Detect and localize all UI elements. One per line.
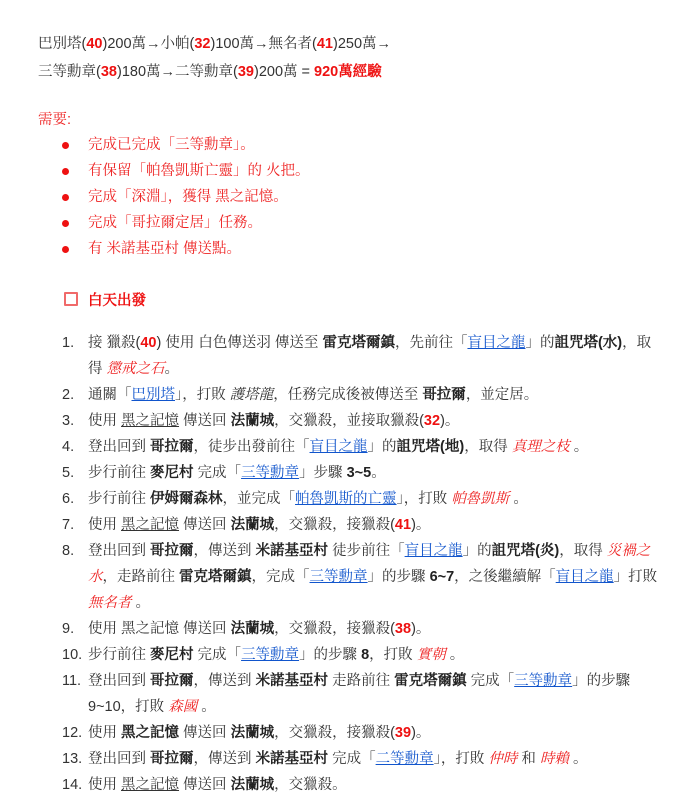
step-item: 1.接 獵殺(40) 使用 白色傳送羽 傳送至 雷克塔爾鎮，先前往「盲目之龍」的…: [62, 330, 662, 382]
step-item: 10.步行前往 麥尼村 完成「三等勳章」的步驟 8，打敗 實朝 。: [62, 642, 662, 668]
step-number: 4.: [62, 434, 74, 460]
text-fragment: 」的: [463, 543, 492, 559]
bold-term: 哥拉爾: [422, 387, 466, 403]
text-fragment: ，交獵殺，接獵殺(: [274, 517, 395, 533]
step-number: 5.: [62, 460, 74, 486]
text-fragment: 通關「: [88, 387, 132, 403]
bold-term: 法蘭城: [231, 413, 275, 429]
wiki-link[interactable]: 巴別塔: [132, 387, 176, 403]
wiki-link[interactable]: 三等勳章: [241, 647, 299, 663]
bold-term: 雷克塔爾鎮: [179, 569, 252, 585]
text-fragment: 。: [509, 491, 528, 507]
bullet-icon: [62, 142, 69, 149]
underlined-term: 黑之記憶: [121, 777, 179, 793]
text-fragment: 使用 黑之記憶 傳送回: [88, 621, 231, 637]
step-item: 4.登出回到 哥拉爾，徒步出發前往「盲目之龍」的詛咒塔(地)，取得 真理之枝 。: [62, 434, 662, 460]
bold-term: 麥尼村: [150, 465, 194, 481]
text-fragment: 接 獵殺(: [88, 335, 140, 351]
text-fragment: ，交獵殺，並接取獵殺(: [274, 413, 424, 429]
section-header: 白天出發: [64, 286, 691, 312]
step-number: 9.: [62, 616, 74, 642]
text-fragment: 步行前往: [88, 647, 150, 663]
text-fragment: 步行前往: [88, 465, 150, 481]
bold-term: 哥拉爾: [150, 439, 194, 455]
text-fragment: 」，打敗: [175, 387, 230, 403]
step-text: 登出回到 哥拉爾，傳送到 米諾基亞村 徒步前往「盲目之龍」的詛咒塔(炎)，取得 …: [88, 543, 657, 611]
underlined-term: 黑之記憶: [121, 413, 179, 429]
level-number: 41: [395, 517, 411, 533]
level-number: 40: [140, 335, 156, 351]
text-fragment: 完成「: [467, 673, 515, 689]
step-text: 步行前往 麥尼村 完成「三等勳章」步驟 3~5。: [88, 465, 386, 481]
text-fragment: ，取得: [464, 439, 512, 455]
text-fragment: ) 使用 白色傳送羽 傳送至: [157, 335, 323, 351]
level-number: 40: [86, 36, 102, 52]
wiki-link[interactable]: 盲目之龍: [556, 569, 614, 585]
step-text: 步行前往 伊姆爾森林，並完成「帕魯凱斯的亡靈」，打敗 帕魯凱斯 。: [88, 491, 528, 507]
text-fragment: 。: [371, 465, 386, 481]
text-fragment: )250萬→: [333, 36, 391, 52]
underlined-term: 黑之記憶: [121, 517, 179, 533]
text-fragment: 。: [570, 439, 589, 455]
section-title: 白天出發: [88, 289, 146, 310]
text-fragment: )。: [411, 517, 430, 533]
level-number: 39: [395, 725, 411, 741]
bold-term: 法蘭城: [231, 777, 275, 793]
step-item: 3.使用 黑之記憶 傳送回 法蘭城，交獵殺，並接取獵殺(32)。: [62, 408, 662, 434]
item-name: 懲戒之石: [107, 361, 165, 377]
bold-term: 雷克塔爾鎮: [394, 673, 467, 689]
bold-term: 哥拉爾: [150, 543, 194, 559]
text-fragment: ，取得: [559, 543, 607, 559]
text-fragment: ，之後繼續解「: [454, 569, 556, 585]
bold-term: 6~7: [430, 569, 455, 585]
text-fragment: 完成「: [194, 647, 242, 663]
bullet-icon: [62, 220, 69, 227]
text-fragment: ，完成「: [252, 569, 310, 585]
requirement-item: 有 米諾基亞村 傳送點。: [62, 236, 691, 262]
step-text: 使用 黑之記憶 傳送回 法蘭城，交獵殺，接獵殺(39)。: [88, 725, 430, 741]
bold-term: 詛咒塔(炎): [492, 543, 560, 559]
bold-term: 詛咒塔(地): [397, 439, 465, 455]
step-text: 使用 黑之記憶 傳送回 法蘭城，交獵殺。: [88, 777, 347, 793]
text-fragment: 三等勳章(: [38, 64, 101, 80]
item-name: 森國: [168, 699, 197, 715]
text-fragment: )。: [440, 413, 459, 429]
step-text: 登出回到 哥拉爾，傳送到 米諾基亞村 走路前往 雷克塔爾鎮 完成「三等勳章」的步…: [88, 673, 630, 715]
bold-term: 米諾基亞村: [256, 751, 329, 767]
step-number: 14.: [62, 772, 82, 798]
step-item: 7.使用 黑之記憶 傳送回 法蘭城，交獵殺，接獵殺(41)。: [62, 512, 662, 538]
item-name: 無名者: [88, 595, 132, 611]
step-text: 登出回到 哥拉爾，傳送到 米諾基亞村 完成「二等勳章」，打敗 仲時 和 時賴 。: [88, 751, 587, 767]
text-fragment: 傳送回: [179, 777, 231, 793]
step-number: 1.: [62, 330, 74, 356]
text-fragment: 」，打敗: [434, 751, 489, 767]
text-fragment: 使用: [88, 517, 121, 533]
wiki-link[interactable]: 盲目之龍: [310, 439, 368, 455]
text-fragment: 徒步前往「: [328, 543, 405, 559]
text-fragment: 。: [446, 647, 465, 663]
bold-term: 哥拉爾: [150, 673, 194, 689]
item-name: 實朝: [417, 647, 446, 663]
text-fragment: 」的: [368, 439, 397, 455]
requirement-item: 完成「深淵」，獲得 黑之記憶。: [62, 184, 691, 210]
step-item: 12.使用 黑之記憶 傳送回 法蘭城，交獵殺，接獵殺(39)。: [62, 720, 662, 746]
requirement-item: 完成「哥拉爾定居」任務。: [62, 210, 691, 236]
requirement-item: 完成已完成「三等勳章」。: [62, 132, 691, 158]
wiki-link[interactable]: 盲目之龍: [405, 543, 463, 559]
checkbox-icon[interactable]: [64, 292, 78, 306]
level-number: 32: [194, 36, 210, 52]
step-text: 登出回到 哥拉爾，徒步出發前往「盲目之龍」的詛咒塔(地)，取得 真理之枝 。: [88, 439, 588, 455]
text-fragment: ，打敗: [369, 647, 417, 663]
step-number: 8.: [62, 538, 74, 564]
text-fragment: ，並定居。: [466, 387, 539, 403]
text-fragment: )200萬 =: [254, 64, 314, 80]
boss-name: 護塔龍: [230, 387, 274, 403]
bold-term: 伊姆爾森林: [150, 491, 223, 507]
text-fragment: )180萬→二等勳章(: [117, 64, 238, 80]
step-number: 6.: [62, 486, 74, 512]
bold-term: 米諾基亞村: [256, 543, 329, 559]
text-fragment: ，徒步出發前往「: [194, 439, 310, 455]
step-text: 步行前往 麥尼村 完成「三等勳章」的步驟 8，打敗 實朝 。: [88, 647, 464, 663]
text-fragment: 使用: [88, 777, 121, 793]
step-number: 11.: [62, 668, 81, 694]
text-fragment: )。: [411, 725, 430, 741]
text-fragment: 傳送回: [179, 413, 231, 429]
wiki-link[interactable]: 帕魯凱斯的亡靈: [295, 491, 397, 507]
text-fragment: ，交獵殺，接獵殺(: [274, 621, 395, 637]
text-fragment: 。: [132, 595, 151, 611]
bold-term: 法蘭城: [231, 517, 275, 533]
bullet-icon: [62, 246, 69, 253]
step-text: 使用 黑之記憶 傳送回 法蘭城，交獵殺，接獵殺(41)。: [88, 517, 430, 533]
level-number: 41: [317, 36, 333, 52]
bold-term: 哥拉爾: [150, 751, 194, 767]
text-fragment: 登出回到: [88, 751, 150, 767]
text-fragment: 」，打敗: [397, 491, 452, 507]
bold-term: 法蘭城: [231, 621, 275, 637]
bold-term: 法蘭城: [231, 725, 275, 741]
exp-summary: 巴別塔(40)200萬→小帕(32)100萬→無名者(41)250萬→ 三等勳章…: [38, 30, 691, 86]
item-name: 仲時: [488, 751, 517, 767]
summary-line-1: 巴別塔(40)200萬→小帕(32)100萬→無名者(41)250萬→: [38, 30, 691, 58]
step-number: 7.: [62, 512, 74, 538]
requirements-title: 需要:: [38, 108, 691, 132]
item-name: 真理之枝: [512, 439, 570, 455]
step-text: 通關「巴別塔」，打敗 護塔龍，任務完成後被傳送至 哥拉爾，並定居。: [88, 387, 538, 403]
wiki-link[interactable]: 三等勳章: [241, 465, 299, 481]
text-fragment: 登出回到: [88, 673, 150, 689]
total-exp: 920萬經驗: [314, 64, 382, 80]
text-fragment: ，走路前往: [103, 569, 180, 585]
step-text: 使用 黑之記憶 傳送回 法蘭城，交獵殺，接獵殺(38)。: [88, 621, 430, 637]
step-item: 13.登出回到 哥拉爾，傳送到 米諾基亞村 完成「二等勳章」，打敗 仲時 和 時…: [62, 746, 662, 772]
text-fragment: 。: [197, 699, 216, 715]
text-fragment: 」的步驟: [299, 647, 361, 663]
text-fragment: 步行前往: [88, 491, 150, 507]
bold-term: 雷克塔爾鎮: [322, 335, 395, 351]
bold-term: 詛咒塔(水): [554, 335, 622, 351]
text-fragment: ，先前往「: [395, 335, 468, 351]
text-fragment: 登出回到: [88, 439, 150, 455]
text-fragment: 使用: [88, 725, 121, 741]
text-fragment: ，傳送到: [194, 543, 256, 559]
wiki-link[interactable]: 二等勳章: [376, 751, 434, 767]
text-fragment: 完成「: [328, 751, 376, 767]
step-item: 8.登出回到 哥拉爾，傳送到 米諾基亞村 徒步前往「盲目之龍」的詛咒塔(炎)，取…: [62, 538, 662, 616]
wiki-link[interactable]: 盲目之龍: [467, 335, 525, 351]
bullet-icon: [62, 168, 69, 175]
level-number: 32: [424, 413, 440, 429]
item-name: 時賴: [540, 751, 569, 767]
text-fragment: ，交獵殺，接獵殺(: [274, 725, 395, 741]
level-number: 38: [101, 64, 117, 80]
bold-term: 3~5: [347, 465, 372, 481]
text-fragment: 。: [165, 361, 180, 377]
text-fragment: ，傳送到: [194, 673, 256, 689]
text-fragment: 傳送回: [179, 517, 231, 533]
wiki-link[interactable]: 三等勳章: [514, 673, 572, 689]
steps-list: 1.接 獵殺(40) 使用 白色傳送羽 傳送至 雷克塔爾鎮，先前往「盲目之龍」的…: [38, 330, 662, 798]
bullet-icon: [62, 194, 69, 201]
wiki-link[interactable]: 三等勳章: [310, 569, 368, 585]
step-item: 14.使用 黑之記憶 傳送回 法蘭城，交獵殺。: [62, 772, 662, 798]
step-number: 3.: [62, 408, 74, 434]
text-fragment: 。: [569, 751, 588, 767]
requirements-list: 完成已完成「三等勳章」。 有保留「帕魯凱斯亡靈」的 火把。 完成「深淵」，獲得 …: [38, 132, 691, 262]
text-fragment: ，交獵殺。: [274, 777, 347, 793]
document-page: 巴別塔(40)200萬→小帕(32)100萬→無名者(41)250萬→ 三等勳章…: [0, 0, 691, 798]
item-name: 帕魯凱斯: [451, 491, 509, 507]
step-item: 5.步行前往 麥尼村 完成「三等勳章」步驟 3~5。: [62, 460, 662, 486]
text-fragment: )100萬→無名者(: [210, 36, 316, 52]
text-fragment: 和: [517, 751, 540, 767]
level-number: 39: [238, 64, 254, 80]
text-fragment: 」打敗: [614, 569, 658, 585]
text-fragment: 登出回到: [88, 543, 150, 559]
text-fragment: )。: [411, 621, 430, 637]
step-item: 2.通關「巴別塔」，打敗 護塔龍，任務完成後被傳送至 哥拉爾，並定居。: [62, 382, 662, 408]
bold-term: 麥尼村: [150, 647, 194, 663]
step-text: 接 獵殺(40) 使用 白色傳送羽 傳送至 雷克塔爾鎮，先前往「盲目之龍」的詛咒…: [88, 335, 651, 377]
bold-term: 8: [361, 647, 369, 663]
step-item: 6.步行前往 伊姆爾森林，並完成「帕魯凱斯的亡靈」，打敗 帕魯凱斯 。: [62, 486, 662, 512]
text-fragment: ，傳送到: [194, 751, 256, 767]
text-fragment: 使用: [88, 413, 121, 429]
step-text: 使用 黑之記憶 傳送回 法蘭城，交獵殺，並接取獵殺(32)。: [88, 413, 459, 429]
text-fragment: 完成「: [194, 465, 242, 481]
step-number: 2.: [62, 382, 74, 408]
text-fragment: ，任務完成後被傳送至: [273, 387, 422, 403]
step-number: 12.: [62, 720, 82, 746]
text-fragment: 」的步驟: [368, 569, 430, 585]
summary-line-2: 三等勳章(38)180萬→二等勳章(39)200萬 = 920萬經驗: [38, 58, 691, 86]
step-number: 13.: [62, 746, 82, 772]
text-fragment: ，並完成「: [223, 491, 296, 507]
text-fragment: 傳送回: [179, 725, 231, 741]
step-item: 11.登出回到 哥拉爾，傳送到 米諾基亞村 走路前往 雷克塔爾鎮 完成「三等勳章…: [62, 668, 662, 720]
text-fragment: )200萬→小帕(: [102, 36, 194, 52]
step-item: 9.使用 黑之記憶 傳送回 法蘭城，交獵殺，接獵殺(38)。: [62, 616, 662, 642]
bold-term: 米諾基亞村: [256, 673, 329, 689]
level-number: 38: [395, 621, 411, 637]
step-number: 10.: [62, 642, 82, 668]
text-fragment: 」步驟: [299, 465, 347, 481]
text-fragment: 巴別塔(: [38, 36, 86, 52]
text-fragment: 走路前往: [328, 673, 394, 689]
bold-term: 黑之記憶: [121, 725, 179, 741]
text-fragment: 」的: [525, 335, 554, 351]
requirement-item: 有保留「帕魯凱斯亡靈」的 火把。: [62, 158, 691, 184]
